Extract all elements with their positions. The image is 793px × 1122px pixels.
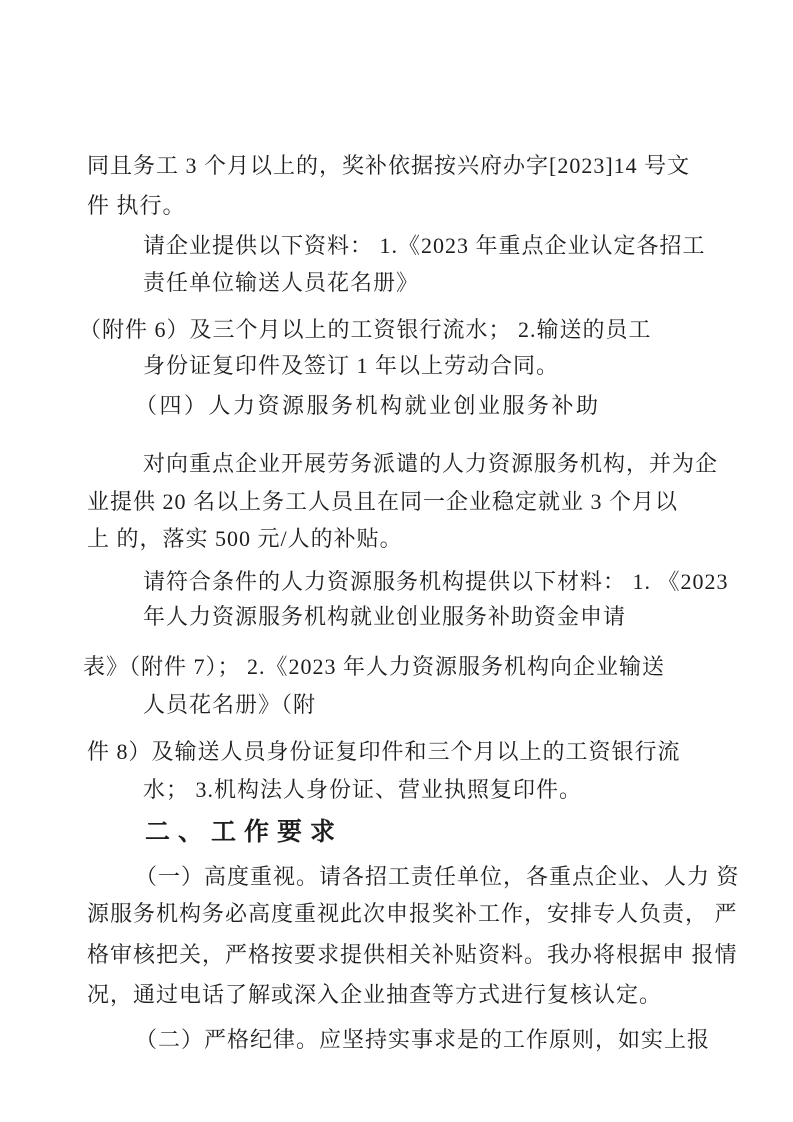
doc-line: 业提供 20 名以上务工人员且在同一企业稳定就业 3 个月以: [87, 482, 775, 522]
doc-line: 况，通过电话了解或深入企业抽查等方式进行复核认定。: [87, 975, 775, 1015]
doc-line: 对向重点企业开展劳务派谴的人力资源服务机构，并为企: [143, 444, 775, 484]
document-page: 同且务工 3 个月以上的，奖补依据按兴府办字[2023]14 号文 件 执行。 …: [0, 0, 793, 1122]
section-heading-work-requirements: 二、工作要求: [145, 812, 775, 852]
doc-line: 请企业提供以下资料： 1.《2023 年重点企业认定各招工: [143, 226, 775, 266]
doc-line: 件 8）及输送人员身份证复印件和三个月以上的工资银行流: [87, 732, 775, 772]
doc-line: 上 的，落实 500 元/人的补贴。: [87, 519, 775, 559]
doc-line: （一）高度重视。请各招工责任单位，各重点企业、人力 资: [135, 857, 775, 897]
doc-line: 责任单位输送人员花名册》: [143, 263, 775, 303]
doc-line: 表》（附件 7）； 2.《2023 年人力资源服务机构向企业输送: [83, 647, 775, 687]
doc-line: 请符合条件的人力资源服务机构提供以下材料： 1. 《2023: [143, 562, 775, 602]
doc-line: 同且务工 3 个月以上的，奖补依据按兴府办字[2023]14 号文: [87, 146, 775, 186]
doc-line: 年人力资源服务机构就业创业服务补助资金申请: [143, 597, 775, 637]
doc-line: 身份证复印件及签订 1 年以上劳动合同。: [143, 346, 775, 386]
subsection-heading-hr-service-subsidy: （四）人力资源服务机构就业创业服务补助: [135, 386, 775, 426]
doc-line: 格审核把关，严格按要求提供相关补贴资料。我办将根据申 报情: [87, 935, 775, 975]
doc-line: 水； 3.机构法人身份证、营业执照复印件。: [143, 770, 775, 810]
doc-line: （附件 6）及三个月以上的工资银行流水； 2.输送的员工: [79, 310, 775, 350]
doc-line: 件 执行。: [87, 186, 775, 226]
doc-line: 人员花名册》（附: [143, 685, 775, 725]
doc-line: （二）严格纪律。应坚持实事求是的工作原则，如实上报: [135, 1020, 775, 1060]
doc-line: 源服务机构务必高度重视此次申报奖补工作，安排专人负责， 严: [87, 894, 775, 934]
